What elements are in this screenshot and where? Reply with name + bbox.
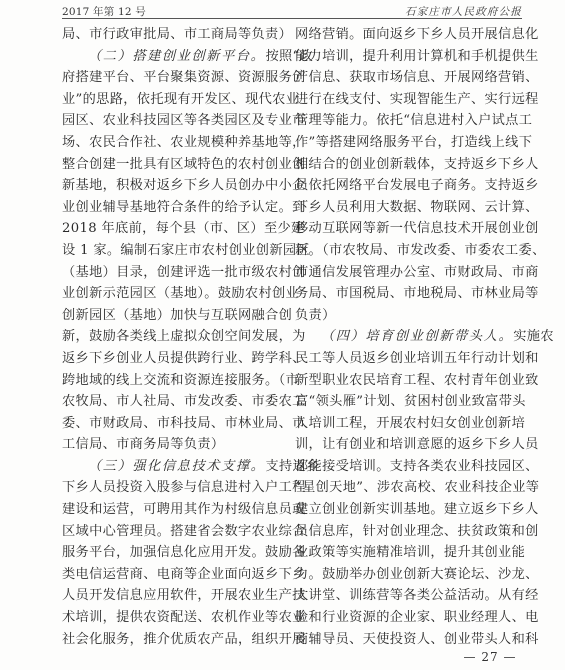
text-line: 移动互联网等新一代信息技术开展创业创: [295, 218, 523, 240]
text-line: 产信息、获取市场信息、开展网络营销、: [295, 67, 523, 89]
line-text: 府搭建平台、平台聚集资源、资源服务创: [62, 70, 306, 85]
line-text: 员信息库，针对创业理念、扶贫政策和创: [295, 524, 539, 539]
page-header: 2017 年第 12 号 石家庄市人民政府公报: [62, 3, 522, 19]
line-text: 人培训工程，开展农村妇女创业创新培: [295, 416, 525, 431]
line-text: 新基地，积极对返乡下乡人员创办中小企: [62, 178, 306, 193]
text-line: 都能接受培训。支持各类农业科技园区、: [295, 456, 523, 478]
text-line: 网络营销。面向返乡下乡人员开展信息化: [295, 24, 523, 46]
text-line: （三）强化信息技术支撑。支持返乡: [62, 456, 274, 478]
text-line: （二）搭建创业创新平台。按照“政: [62, 46, 274, 68]
line-text: 服务平台，加强信息化应用开发。鼓励各: [62, 545, 306, 560]
text-line: 新型职业农民培育工程、农村青年创业致: [295, 370, 523, 392]
text-line: 人培训工程，开展农村妇女创业创新培: [295, 413, 523, 435]
text-line: 大讲堂、训练营等各类公益活动。从有经: [295, 585, 523, 607]
line-text: 民工等人员返乡创业培训五年行动计划和: [295, 351, 539, 366]
text-line: 设 1 家。编制石家庄市农村创业创新园区: [62, 240, 274, 262]
text-line: 管理等能力。依托“信息进村入户试点工: [295, 110, 523, 132]
line-text: 相结合的创业创新载体，支持返乡下乡人: [295, 157, 539, 172]
text-line: 术培训，提供农资配送、农机作业等农业: [62, 607, 274, 629]
text-line: 业创新示范园区（基地）。鼓励农村创业: [62, 283, 274, 305]
text-line: 委、市财政局、市科技局、市林业局、市: [62, 413, 274, 435]
text-line: 社会化服务，推介优质农产品，组织开展: [62, 629, 274, 651]
line-text: 业政策等实施精准培训，提升其创业能: [295, 545, 525, 560]
text-line: （基地）目录，创建评选一批市级农村创: [62, 262, 274, 284]
text-line: 下乡人员利用大数据、物联网、云计算、: [295, 197, 523, 219]
text-line: 能力培训，提升利用计算机和手机提供生: [295, 46, 523, 68]
text-line: 下乡人员投资入股参与信息进村入户工程: [62, 477, 274, 499]
line-text: 员依托网络平台发展电子商务。支持返乡: [295, 178, 539, 193]
line-text: 术培训，提供农资配送、农机作业等农业: [62, 610, 306, 625]
line-text: 业创新示范园区（基地）。鼓励农村创业: [62, 286, 299, 301]
text-line: 富“领头雁”计划、贫困村创业致富带头: [295, 391, 523, 413]
text-line: 商辅导员、天使投资人、创业带头人和科: [295, 629, 523, 651]
text-line: 创新园区（基地）加快与互联网融合创: [62, 305, 274, 327]
line-text: 市通信发展管理办公室、市财政局、市商: [295, 265, 539, 280]
line-text: 新。（市农牧局、市发改委、市委农工委、: [295, 243, 546, 258]
line-text: 新型职业农民培育工程、农村青年创业致: [295, 373, 539, 388]
line-text: 局、市行政审批局、市工商局等负责）: [62, 27, 292, 42]
page-number: — 27 —: [460, 650, 520, 664]
text-line: 新。（市农牧局、市发改委、市委农工委、: [295, 240, 523, 262]
text-line: 进行在线支付、实现智能生产、实行远程: [295, 89, 523, 111]
line-text: 负责）: [295, 308, 336, 323]
text-line: 局、市行政审批局、市工商局等负责）: [62, 24, 274, 46]
text-line: “星创天地”、涉农高校、农业科技企业等: [295, 477, 523, 499]
text-line: 员信息库，针对创业理念、扶贫政策和创: [295, 521, 523, 543]
text-line: 建设和运营，可聘用其作为村级信息员或: [62, 499, 274, 521]
line-text: 农牧局、市人社局、市发改委、市委农工: [62, 394, 306, 409]
text-line: 作”等搭建网络服务平台，打造线上线下: [295, 132, 523, 154]
text-line: 力。鼓励举办创业创新大赛论坛、沙龙、: [295, 564, 523, 586]
line-text: 商辅导员、天使投资人、创业带头人和科: [295, 632, 539, 647]
line-text: 务局、市国税局、市地税局、市林业局等: [295, 286, 539, 301]
text-line: 类电信运营商、电商等企业面向返乡下乡: [62, 564, 274, 586]
line-text: 场、农民合作社、农业规模种养基地等，: [62, 135, 306, 150]
text-line: 训，让有创业和培训意愿的返乡下乡人员: [295, 434, 523, 456]
text-line: 员依托网络平台发展电子商务。支持返乡: [295, 175, 523, 197]
line-text: 工信局、市商务局等负责）: [62, 437, 224, 452]
text-line: 建立创业创新实训基地。建立返乡下乡人: [295, 499, 523, 521]
right-column: 网络营销。面向返乡下乡人员开展信息化能力培训，提升利用计算机和手机提供生产信息、…: [295, 24, 523, 650]
text-line: 民工等人员返乡创业培训五年行动计划和: [295, 348, 523, 370]
text-line: 验和行业资源的企业家、职业经理人、电: [295, 607, 523, 629]
line-text: 人员开发信息应用软件，开展农业生产技: [62, 588, 306, 603]
line-text: 业创业辅导基地符合条件的给予认定。到: [62, 200, 306, 215]
line-text: 产信息、获取市场信息、开展网络营销、: [295, 70, 539, 85]
text-line: 区域中心管理员。搭建省会数字农业综合: [62, 521, 274, 543]
line-text: 建设和运营，可聘用其作为村级信息员或: [62, 502, 306, 517]
text-line: 跨地域的线上交流和资源连接服务。（市: [62, 370, 274, 392]
line-text: 社会化服务，推介优质农产品，组织开展: [62, 632, 306, 647]
text-line: 园区、农业科技园区等各类园区及专业市: [62, 110, 274, 132]
line-text: 移动互联网等新一代信息技术开展创业创: [295, 221, 539, 236]
text-line: 市通信发展管理办公室、市财政局、市商: [295, 262, 523, 284]
publication-title: 石家庄市人民政府公报: [405, 4, 522, 19]
line-text: 下乡人员利用大数据、物联网、云计算、: [295, 200, 539, 215]
line-text: 跨地域的线上交流和资源连接服务。（市: [62, 373, 299, 388]
issue-number: 2017 年第 12 号: [62, 4, 146, 19]
line-text: 园区、农业科技园区等各类园区及专业市: [62, 113, 306, 128]
line-text: 2018 年底前，每个县（市、区）至少建: [62, 221, 305, 236]
line-text: 新，鼓励各类线上虚拟众创空间发展，为: [62, 329, 306, 344]
line-text: 训，让有创业和培训意愿的返乡下乡人员: [295, 437, 539, 452]
text-line: 业创业辅导基地符合条件的给予认定。到: [62, 197, 274, 219]
line-text: 力。鼓励举办创业创新大赛论坛、沙龙、: [295, 567, 539, 582]
line-text: 大讲堂、训练营等各类公益活动。从有经: [295, 588, 539, 603]
text-line: 业政策等实施精准培训，提升其创业能: [295, 542, 523, 564]
line-text: 能力培训，提升利用计算机和手机提供生: [295, 49, 539, 64]
text-line: 返乡下乡创业人员提供跨行业、跨学科、: [62, 348, 274, 370]
text-line: 工信局、市商务局等负责）: [62, 434, 274, 456]
line-text: 管理等能力。依托“信息进村入户试点工: [295, 113, 532, 128]
line-text: “星创天地”、涉农高校、农业科技企业等: [295, 480, 539, 495]
text-line: 2018 年底前，每个县（市、区）至少建: [62, 218, 274, 240]
line-text: 区域中心管理员。搭建省会数字农业综合: [62, 524, 306, 539]
line-text: 建立创业创新实训基地。建立返乡下乡人: [295, 502, 539, 517]
text-line: （四）培育创业创新带头人。实施农: [295, 326, 523, 348]
text-line: 场、农民合作社、农业规模种养基地等，: [62, 132, 274, 154]
line-text: 业”的思路，依托现有开发区、现代农业: [62, 92, 299, 107]
section-heading: （二）搭建创业创新平台。: [88, 49, 265, 64]
line-text: 富“领头雁”计划、贫困村创业致富带头: [295, 394, 526, 409]
text-line: 新，鼓励各类线上虚拟众创空间发展，为: [62, 326, 274, 348]
line-text: 都能接受培训。支持各类农业科技园区、: [295, 459, 539, 474]
line-text: 实施农: [513, 329, 554, 344]
line-text: 网络营销。面向返乡下乡人员开展信息化: [295, 27, 539, 42]
section-heading: （三）强化信息技术支撑。: [88, 459, 265, 474]
text-line: 农牧局、市人社局、市发改委、市委农工: [62, 391, 274, 413]
line-text: 整合创建一批具有区域特色的农村创业创: [62, 157, 306, 172]
line-text: 委、市财政局、市科技局、市林业局、市: [62, 416, 306, 431]
text-line: 人员开发信息应用软件，开展农业生产技: [62, 585, 274, 607]
left-column: 局、市行政审批局、市工商局等负责）（二）搭建创业创新平台。按照“政府搭建平台、平…: [62, 24, 274, 650]
line-text: 类电信运营商、电商等企业面向返乡下乡: [62, 567, 306, 582]
line-text: （基地）目录，创建评选一批市级农村创: [62, 265, 306, 280]
line-text: 下乡人员投资入股参与信息进村入户工程: [62, 480, 306, 495]
line-text: 创新园区（基地）加快与互联网融合创: [62, 308, 292, 323]
text-line: 府搭建平台、平台聚集资源、资源服务创: [62, 67, 274, 89]
text-line: 相结合的创业创新载体，支持返乡下乡人: [295, 154, 523, 176]
text-line: 整合创建一批具有区域特色的农村创业创: [62, 154, 274, 176]
line-text: 作”等搭建网络服务平台，打造线上线下: [295, 135, 532, 150]
line-text: 返乡下乡创业人员提供跨行业、跨学科、: [62, 351, 306, 366]
text-line: 务局、市国税局、市地税局、市林业局等: [295, 283, 523, 305]
section-heading: （四）培育创业创新带头人。: [321, 329, 513, 344]
line-text: 验和行业资源的企业家、职业经理人、电: [295, 610, 539, 625]
text-line: 负责）: [295, 305, 523, 327]
text-line: 新基地，积极对返乡下乡人员创办中小企: [62, 175, 274, 197]
text-line: 服务平台，加强信息化应用开发。鼓励各: [62, 542, 274, 564]
text-line: 业”的思路，依托现有开发区、现代农业: [62, 89, 274, 111]
line-text: 进行在线支付、实现智能生产、实行远程: [295, 92, 539, 107]
line-text: 设 1 家。编制石家庄市农村创业创新园区: [62, 243, 310, 258]
